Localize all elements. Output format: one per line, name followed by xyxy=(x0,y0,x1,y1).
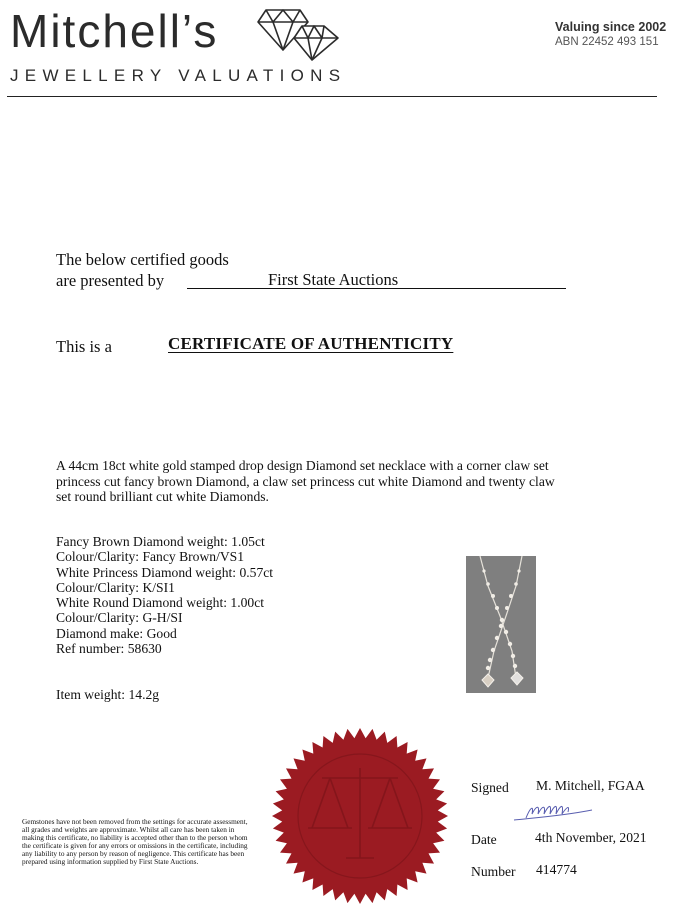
intro-line-1: The below certified goods xyxy=(56,250,229,269)
signature-image xyxy=(512,800,612,824)
tagline: Valuing since 2002 xyxy=(555,20,666,34)
intro-line-2: are presented by xyxy=(56,271,164,290)
certificate-number: 414774 xyxy=(536,862,577,878)
item-description: A 44cm 18ct white gold stamped drop desi… xyxy=(56,458,556,505)
signatory-name: M. Mitchell, FGAA xyxy=(536,778,645,794)
spec-line: White Round Diamond weight: 1.00ct xyxy=(56,595,273,610)
date-label: Date xyxy=(471,832,497,848)
certificate-title: CERTIFICATE OF AUTHENTICITY xyxy=(168,334,453,354)
brand-subtitle: JEWELLERY VALUATIONS xyxy=(10,66,346,86)
spec-line: White Princess Diamond weight: 0.57ct xyxy=(56,565,273,580)
item-weight: Item weight: 14.2g xyxy=(56,687,159,703)
scales-seal-icon xyxy=(260,728,460,904)
spec-line: Diamond make: Good xyxy=(56,626,273,641)
signed-label: Signed xyxy=(471,780,509,796)
diamond-logo-icon xyxy=(256,4,340,62)
date-value: 4th November, 2021 xyxy=(535,830,647,846)
necklace-photo xyxy=(466,556,536,693)
presenter-name: First State Auctions xyxy=(268,270,398,289)
spec-line: Fancy Brown Diamond weight: 1.05ct xyxy=(56,534,273,549)
spec-line: Colour/Clarity: K/SI1 xyxy=(56,580,273,595)
disclaimer-text: Gemstones have not been removed from the… xyxy=(22,818,250,867)
item-specs: Fancy Brown Diamond weight: 1.05ct Colou… xyxy=(56,534,273,656)
spec-line: Ref number: 58630 xyxy=(56,641,273,656)
abn-number: ABN 22452 493 151 xyxy=(555,36,659,48)
certificate-prefix: This is a xyxy=(56,337,112,356)
number-label: Number xyxy=(471,864,516,880)
brand-name: Mitchell’s xyxy=(10,4,218,58)
spec-line: Colour/Clarity: G-H/SI xyxy=(56,610,273,625)
spec-line: Colour/Clarity: Fancy Brown/VS1 xyxy=(56,549,273,564)
header-divider xyxy=(7,96,657,97)
